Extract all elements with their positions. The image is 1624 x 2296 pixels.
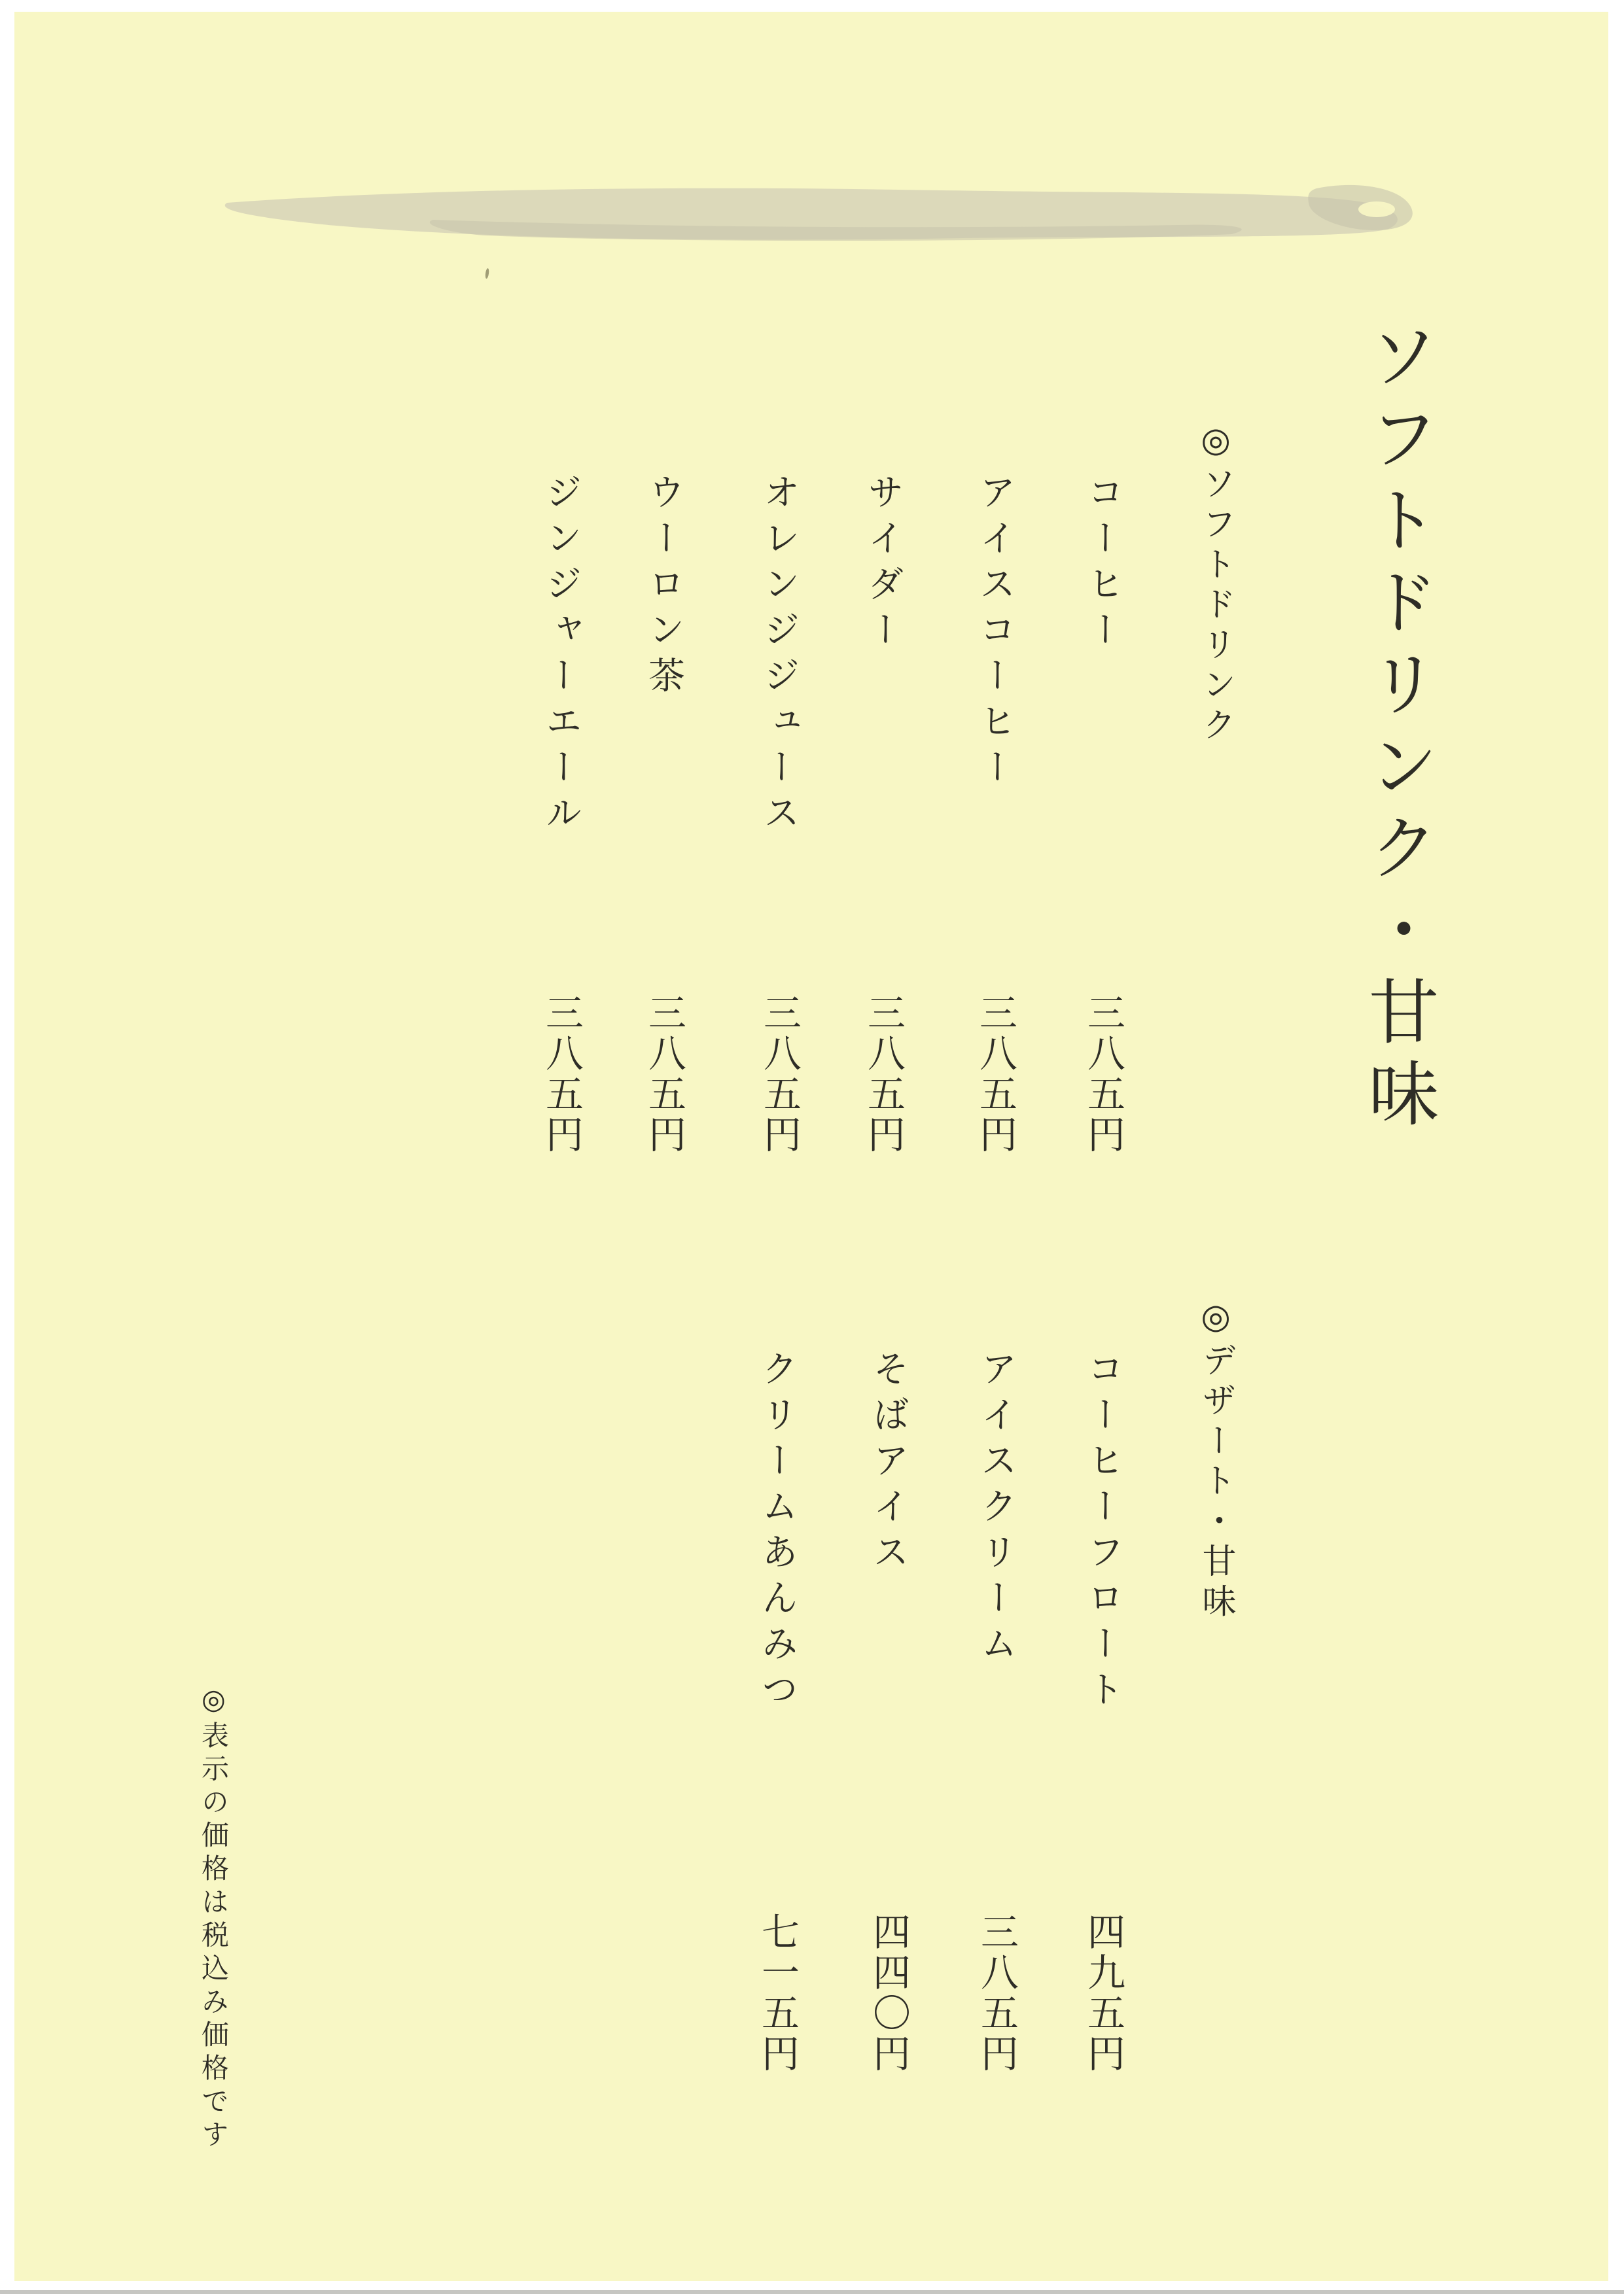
menu-item-price: 三八五円 <box>977 1912 1015 2074</box>
menu-item-name: サイダー <box>864 473 901 656</box>
tax-included-footnote: ◎表示の価格は税込み価格です <box>199 1683 226 2153</box>
menu-item-price: 七一五円 <box>758 1912 796 2074</box>
menu-item-name: アイスコーヒー <box>976 473 1013 793</box>
scanner-edge-shadow <box>0 2290 1624 2294</box>
menu-item-name: ウーロン茶 <box>645 473 682 702</box>
menu-item-name: ジンジャーエール <box>542 473 579 839</box>
menu-item-price: 三八五円 <box>1084 993 1121 1155</box>
scanned-menu-page: ソフトドリンク・甘味 ◎ソフトドリンク コーヒー アイスコーヒー サイダー オレ… <box>0 0 1624 2296</box>
menu-item-price: 四四〇円 <box>869 1912 907 2074</box>
menu-item-price: 三八五円 <box>760 993 798 1155</box>
menu-item-name: クリームあんみつ <box>758 1349 795 1716</box>
section-soft-drinks-heading: ◎ソフトドリンク <box>1198 421 1232 747</box>
menu-item-name: コーヒー <box>1084 473 1121 656</box>
ink-speck <box>485 268 489 279</box>
menu-item-price: 三八五円 <box>976 993 1014 1155</box>
menu-item-price: 四九五円 <box>1084 1912 1121 2074</box>
menu-item-price: 三八五円 <box>542 993 580 1155</box>
menu-item-name: そばアイス <box>870 1349 906 1578</box>
brush-stroke-smudge <box>211 162 1454 260</box>
page-title: ソフトドリンク・甘味 <box>1361 319 1432 1139</box>
section-desserts-heading: ◎デザート・甘味 <box>1198 1297 1232 1624</box>
menu-item-price: 三八五円 <box>864 993 902 1155</box>
menu-item-name: アイスクリーム <box>978 1349 1014 1670</box>
menu-paper: ソフトドリンク・甘味 ◎ソフトドリンク コーヒー アイスコーヒー サイダー オレ… <box>14 12 1608 2281</box>
menu-item-name: コーヒーフロート <box>1084 1349 1121 1716</box>
menu-item-price: 三八五円 <box>644 993 682 1155</box>
menu-item-name: オレンジジュース <box>760 473 797 839</box>
